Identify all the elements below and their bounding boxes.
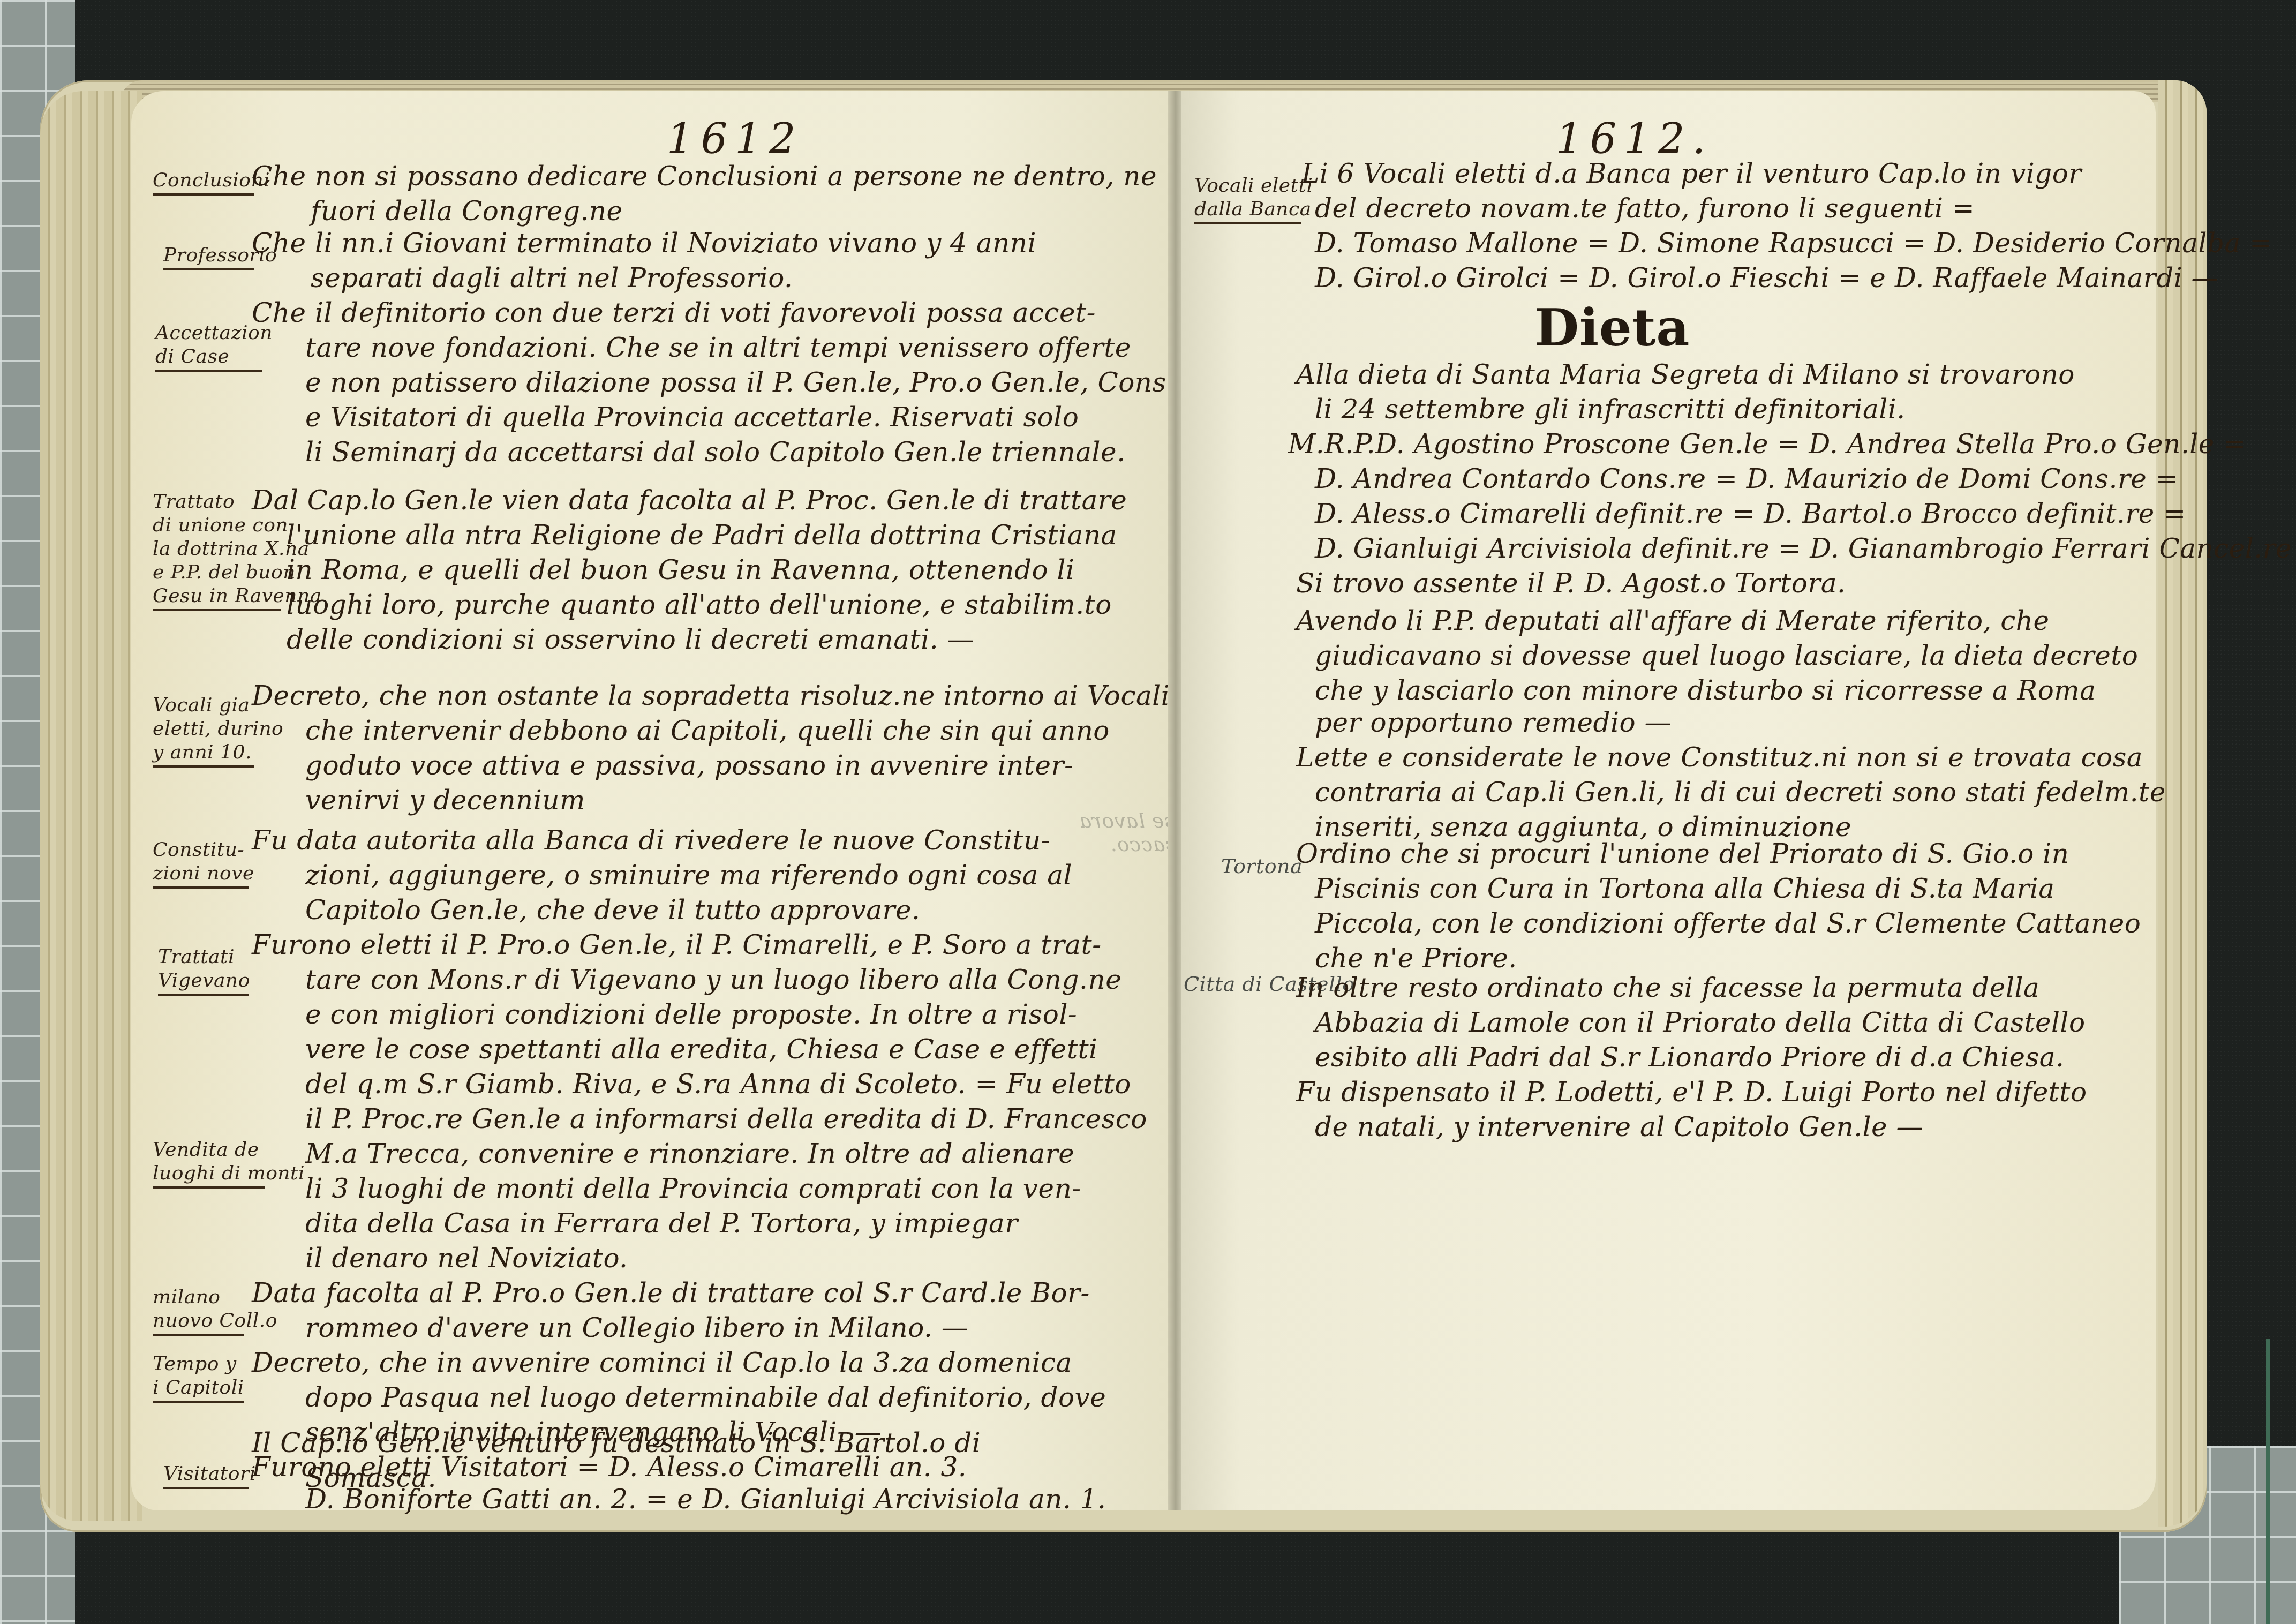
text-line: D. Girol.o Girolci = D. Girol.o Fieschi … <box>1315 262 2218 294</box>
text-line: M.R.P.D. Agostino Proscone Gen.le = D. A… <box>1288 428 2246 460</box>
text-line: D. Andrea Contardo Cons.re = D. Maurizio… <box>1315 463 2178 494</box>
text-line: che n'e Priore. <box>1315 943 1517 974</box>
text-line: li 24 settembre gli infrascritti definit… <box>1315 394 1906 425</box>
text-line: in Roma, e quelli del buon Gesu in Raven… <box>287 554 1075 585</box>
text-line: Piscinis con Cura in Tortona alla Chiesa… <box>1315 873 2055 904</box>
margin-note-visitatori: Visitatori <box>163 1462 249 1489</box>
text-line: il denaro nel Noviziato. <box>305 1243 628 1274</box>
text-line: separati dagli altri nel Professorio. <box>311 262 793 294</box>
text-line: luoghi loro, purche quanto all'atto dell… <box>287 589 1112 620</box>
text-line: Decreto, che in avvenire cominci il Cap.… <box>252 1347 1072 1378</box>
text-line: Che il definitorio con due terzi di voti… <box>252 297 1096 328</box>
text-line: Piccola, con le condizioni offerte dal S… <box>1315 908 2141 939</box>
text-line: del q.m S.r Giamb. Riva, e S.ra Anna di … <box>305 1069 1131 1100</box>
text-line: e non patissero dilazione possa il P. Ge… <box>305 367 1219 398</box>
text-line: M.a Trecca, convenire e rinonziare. In o… <box>305 1138 1074 1169</box>
text-line: Li 6 Vocali eletti d.a Banca per il vent… <box>1301 158 2082 189</box>
text-line: l'unione alla ntra Religione de Padri de… <box>287 520 1117 551</box>
left-page: 1612 Conclusioni Che non si possano dedi… <box>131 91 1170 1510</box>
text-line: Che non si possano dedicare Conclusioni … <box>252 161 1157 192</box>
text-line: delle condizioni si osservino li decreti… <box>287 624 974 655</box>
text-line: dita della Casa in Ferrara del P. Tortor… <box>305 1208 1018 1239</box>
margin-note-professorio: Professorio <box>163 244 254 270</box>
text-line: per opportuno remedio — <box>1315 707 1672 738</box>
section-heading-dieta: Dieta <box>1534 297 1690 358</box>
text-line: zioni, aggiungere, o sminuire ma riferen… <box>305 860 1072 891</box>
text-line: giudicavano si dovesse quel luogo lascia… <box>1315 640 2138 671</box>
text-line: dopo Pasqua nel luogo determinabile dal … <box>305 1382 1106 1413</box>
text-line: vere le cose spettanti alla eredita, Chi… <box>305 1034 1098 1065</box>
calibration-ruler-line <box>2266 1339 2270 1624</box>
text-line: del decreto novam.te fatto, furono li se… <box>1315 193 1975 224</box>
margin-note-conclusioni: Conclusioni <box>153 169 254 196</box>
text-line: Somasca. <box>305 1462 436 1493</box>
text-line: venirvi y decennium <box>305 785 585 816</box>
text-line: Si trovo assente il P. D. Agost.o Tortor… <box>1296 568 1846 599</box>
text-line: esibito alli Padri dal S.r Lionardo Prio… <box>1315 1042 2065 1073</box>
text-line: de natali, y intervenire al Capitolo Gen… <box>1315 1111 1923 1142</box>
text-line: Dal Cap.lo Gen.le vien data facolta al P… <box>252 485 1127 516</box>
margin-note-tempo-capitoli: Tempo y i Capitoli <box>153 1352 244 1403</box>
right-page: 1612. Vocali eletti dalla Banca Li 6 Voc… <box>1181 91 2156 1510</box>
margin-note-milano-nuovo-collegio: milano nuovo Coll.o <box>153 1285 244 1336</box>
text-line: Avendo li P.P. deputati all'affare di Me… <box>1296 605 2050 636</box>
text-line: il P. Proc.re Gen.le a informarsi della … <box>305 1103 1147 1134</box>
text-line: contraria ai Cap.li Gen.li, li di cui de… <box>1315 777 2166 808</box>
text-line: Ordino che si procuri l'unione del Prior… <box>1296 838 2069 869</box>
text-line: Fu data autorita alla Banca di rivedere … <box>252 825 1050 856</box>
right-page-year: 1612. <box>1556 115 1713 163</box>
margin-note-tortona: Tortona <box>1221 854 1303 878</box>
text-line: li Seminarj da accettarsi dal solo Capit… <box>305 437 1126 468</box>
text-line: Decreto, che non ostante la sopradetta r… <box>252 680 1170 711</box>
text-line: D. Gianluigi Arcivisiola definit.re = D.… <box>1315 533 2292 564</box>
left-page-year: 1612 <box>667 115 803 163</box>
text-line: rommeo d'avere un Collegio libero in Mil… <box>305 1312 968 1343</box>
manuscript-book: 1612 Conclusioni Che non si possano dedi… <box>40 80 2207 1532</box>
margin-note-constituzioni-nove: Constitu- zioni nove <box>153 838 249 889</box>
text-line: Capitolo Gen.le, che deve il tutto appro… <box>305 894 920 926</box>
text-line: D. Tomaso Mallone = D. Simone Rapsucci =… <box>1315 228 2272 259</box>
text-line: In oltre resto ordinato che si facesse l… <box>1296 972 2039 1003</box>
text-line: Abbazia di Lamole con il Priorato della … <box>1315 1007 2086 1038</box>
text-line: Fu dispensato il P. Lodetti, e'l P. D. L… <box>1296 1077 2087 1108</box>
text-line: tare con Mons.r di Vigevano y un luogo l… <box>305 964 1121 995</box>
text-line: goduto voce attiva e passiva, possano in… <box>305 750 1073 781</box>
margin-note-vendita-luoghi: Vendita de luoghi di monti <box>153 1138 265 1189</box>
text-line: Che li nn.i Giovani terminato il Novizia… <box>252 228 1036 259</box>
text-line: che y lasciarlo con minore disturbo si r… <box>1315 675 2096 706</box>
margin-note-accettazion-di-case: Accettazion di Case <box>155 321 262 372</box>
text-line: Il Cap.lo Gen.le venturo fu destinato in… <box>252 1427 981 1458</box>
margin-note-vocali-gia-eletti: Vocali gia eletti, durino y anni 10. <box>153 694 254 768</box>
text-line: che intervenir debbono ai Capitoli, quel… <box>305 715 1110 746</box>
text-line: tare nove fondazioni. Che se in altri te… <box>305 332 1131 363</box>
margin-note-trattati-vigevano: Trattati Vigevano <box>158 945 249 996</box>
text-line: li 3 luoghi de monti della Provincia com… <box>305 1173 1081 1204</box>
text-line: fuori della Congreg.ne <box>311 196 623 227</box>
page-stack-left <box>40 91 142 1521</box>
text-line: Furono eletti il P. Pro.o Gen.le, il P. … <box>252 929 1102 960</box>
text-line: e Visitatori di quella Provincia accetta… <box>305 402 1079 433</box>
text-line: e con migliori condizioni delle proposte… <box>305 999 1077 1030</box>
text-line: Lette e considerate le nove Constituz.ni… <box>1296 742 2143 773</box>
text-line: D. Aless.o Cimarelli definit.re = D. Bar… <box>1315 498 2186 529</box>
margin-note-vocali-eletti: Vocali eletti dalla Banca <box>1194 174 1301 224</box>
text-line: Data facolta al P. Pro.o Gen.le di tratt… <box>252 1277 1090 1309</box>
text-line: Alla dieta di Santa Maria Segreta di Mil… <box>1296 359 2075 390</box>
